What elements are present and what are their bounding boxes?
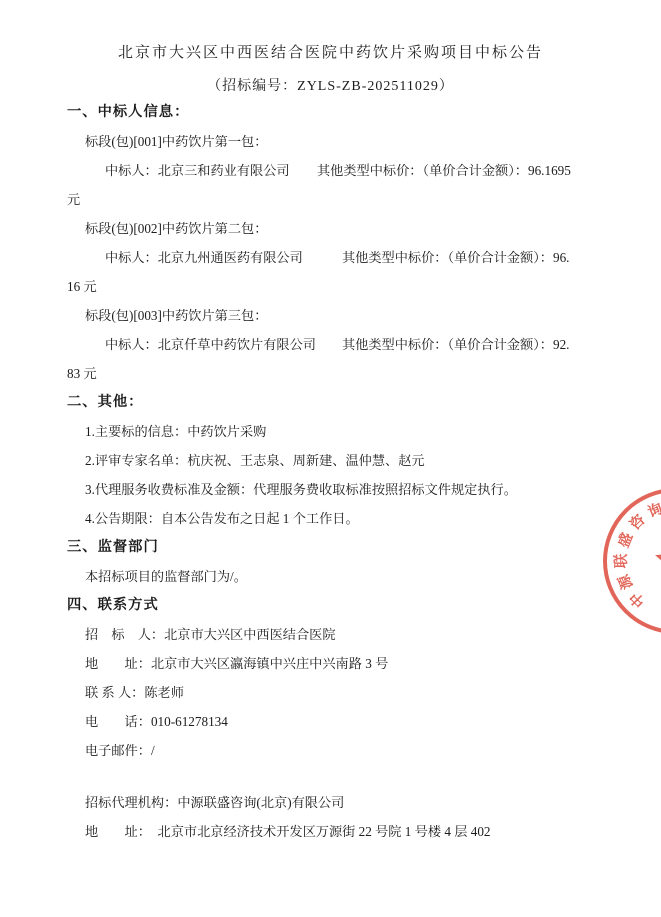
agency-row-address: 地 址： 北京市北京经济技术开发区万源街 22 号院 1 号楼 4 层 402 — [67, 817, 606, 846]
winner-row: 中标人：北京仟草中药饮片有限公司 其他类型中标价：（单价合计金额）：92. — [67, 330, 606, 359]
supervision-body: 本招标项目的监督部门为/。 — [67, 562, 606, 591]
agency-value: 中源联盛咨询(北京)有限公司 — [177, 795, 344, 810]
agency-value: 北京市北京经济技术开发区万源街 22 号院 1 号楼 4 层 402 — [158, 824, 491, 839]
others-item: 2.评审专家名单：杭庆祝、王志泉、周新建、温仲慧、赵元 — [67, 446, 606, 475]
others-item: 4.公告期限：自本公告发布之日起 1 个工作日。 — [67, 504, 606, 533]
price-overflow: 16 元 — [67, 272, 606, 301]
contact-row-email: 电子邮件：/ — [67, 736, 606, 765]
contact-row-address: 地 址：北京市大兴区瀛海镇中兴庄中兴南路 3 号 — [67, 649, 606, 678]
agency-block: 招标代理机构：中源联盛咨询(北京)有限公司 地 址： 北京市北京经济技术开发区万… — [67, 788, 606, 846]
others-item: 1.主要标的信息：中药饮片采购 — [67, 417, 606, 446]
contact-value: 北京市大兴区中西医结合医院 — [164, 627, 335, 642]
others-item: 3.代理服务收费标准及金额：代理服务费收取标准按照招标文件规定执行。 — [67, 475, 606, 504]
agency-label: 地 址： — [85, 824, 158, 839]
winner-price: 其他类型中标价：（单价合计金额）：92. — [342, 330, 569, 359]
price-overflow: 元 — [67, 185, 606, 214]
winner-price: 其他类型中标价：（单价合计金额）：96.1695 — [317, 156, 571, 185]
winner-row: 中标人：北京三和药业有限公司 其他类型中标价：（单价合计金额）：96.1695 — [67, 156, 606, 185]
package-label: 标段(包)[003]中药饮片第三包： — [67, 301, 606, 330]
agency-row-name: 招标代理机构：中源联盛咨询(北京)有限公司 — [67, 788, 606, 817]
section-heading-winners: 一、中标人信息： — [67, 98, 606, 127]
winner-row: 中标人：北京九州通医药有限公司 其他类型中标价：（单价合计金额）：96. — [67, 243, 606, 272]
contact-value: 陈老师 — [144, 685, 184, 700]
winner-name: 中标人：北京仟草中药饮片有限公司 — [105, 337, 316, 352]
document-title: 北京市大兴区中西医结合医院中药饮片采购项目中标公告 — [0, 42, 661, 64]
contact-label: 地 址： — [85, 656, 151, 671]
package-label: 标段(包)[002]中药饮片第二包： — [67, 214, 606, 243]
contact-value: 010-61278134 — [151, 714, 228, 729]
price-overflow: 83 元 — [67, 359, 606, 388]
agency-label: 招标代理机构： — [85, 795, 177, 810]
section-heading-supervision: 三、监督部门 — [67, 533, 606, 562]
section-heading-contact: 四、联系方式 — [67, 591, 606, 620]
contact-row-tenderer: 招 标 人：北京市大兴区中西医结合医院 — [67, 620, 606, 649]
contact-row-phone: 电 话：010-61278134 — [67, 707, 606, 736]
contact-label: 招 标 人： — [85, 627, 164, 642]
package-label: 标段(包)[001]中药饮片第一包： — [67, 127, 606, 156]
winner-price: 其他类型中标价：（单价合计金额）：96. — [342, 243, 569, 272]
document-body: 一、中标人信息： 标段(包)[001]中药饮片第一包： 中标人：北京三和药业有限… — [0, 98, 661, 846]
winner-name: 中标人：北京三和药业有限公司 — [105, 163, 290, 178]
contact-value: 北京市大兴区瀛海镇中兴庄中兴南路 3 号 — [151, 656, 388, 671]
winner-name: 中标人：北京九州通医药有限公司 — [105, 250, 303, 265]
contact-row-person: 联 系 人：陈老师 — [67, 678, 606, 707]
contact-label: 电 话： — [85, 714, 151, 729]
document-page: 北京市大兴区中西医结合医院中药饮片采购项目中标公告 （招标编号：ZYLS-ZB-… — [0, 0, 661, 917]
contact-label: 联 系 人： — [85, 685, 144, 700]
contact-label: 电子邮件： — [85, 743, 151, 758]
section-heading-others: 二、其他： — [67, 388, 606, 417]
tender-number-subtitle: （招标编号：ZYLS-ZB-202511029） — [0, 76, 661, 98]
contact-value: / — [151, 743, 155, 758]
